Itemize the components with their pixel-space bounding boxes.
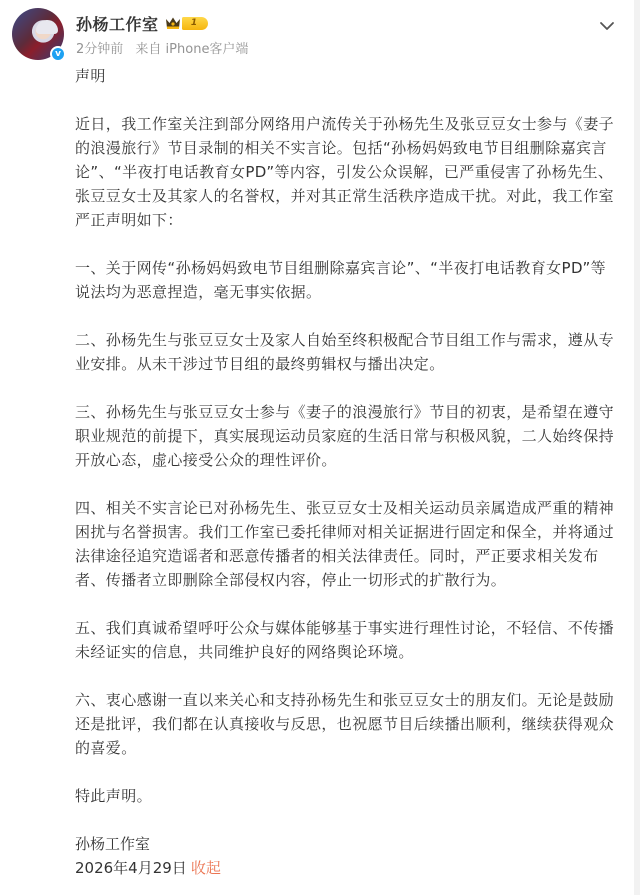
paragraph-intro: 近日，我工作室关注到部分网络用户流传关于孙杨先生及张豆豆女士参与《妻子的浪漫旅行… <box>75 112 621 232</box>
signature-name: 孙杨工作室 <box>75 832 221 856</box>
member-level-badge[interactable]: 1 <box>165 16 208 30</box>
paragraph-point-4: 四、相关不实言论已对孙杨先生、张豆豆女士及相关运动员亲属造成严重的精神困扰与名誉… <box>75 496 621 592</box>
post-time[interactable]: 2分钟前 <box>76 42 123 57</box>
post-header: v 孙杨工作室 1 2分钟前 来自 iPhone客户端 <box>12 8 634 64</box>
post-source: 来自 iPhone客户端 <box>135 42 248 57</box>
paragraph-point-6: 六、衷心感谢一直以来关心和支持孙杨先生和张豆豆女士的朋友们。无论是鼓励还是批评，… <box>75 688 621 760</box>
paragraph-point-2: 二、孙杨先生与张豆豆女士及家人自始至终积极配合节目组工作与需求，遵从专业安排。从… <box>75 328 621 376</box>
author-name[interactable]: 孙杨工作室 <box>76 12 159 35</box>
collapse-link[interactable]: 收起 <box>191 859 221 877</box>
level-number: 1 <box>182 17 208 30</box>
swim-cap-shape <box>36 20 58 34</box>
crown-icon <box>165 16 181 30</box>
paragraph-point-3: 三、孙杨先生与张豆豆女士参与《妻子的浪漫旅行》节目的初衷，是希望在遵守职业规范的… <box>75 400 621 472</box>
statement-title: 声明 <box>75 64 621 88</box>
paragraph-closing: 特此声明。 <box>75 784 621 808</box>
author-row: 孙杨工作室 1 <box>76 12 208 34</box>
signature-block: 孙杨工作室 2026年4月29日收起 <box>75 832 221 880</box>
post-meta: 2分钟前 来自 iPhone客户端 <box>76 38 248 57</box>
weibo-post-card: v 孙杨工作室 1 2分钟前 来自 iPhone客户端 <box>0 0 634 895</box>
chevron-down-icon[interactable] <box>598 18 616 32</box>
signature-date: 2026年4月29日 <box>75 859 187 877</box>
signature-date-row: 2026年4月29日收起 <box>75 856 221 880</box>
post-body: 声明 近日，我工作室关注到部分网络用户流传关于孙杨先生及张豆豆女士参与《妻子的浪… <box>75 64 621 832</box>
paragraph-point-1: 一、关于网传“孙杨妈妈致电节目组删除嘉宾言论”、“半夜打电话教育女PD”等说法均… <box>75 256 621 304</box>
verified-badge-icon: v <box>50 46 66 62</box>
paragraph-point-5: 五、我们真诚希望呼吁公众与媒体能够基于事实进行理性讨论，不轻信、不传播未经证实的… <box>75 616 621 664</box>
